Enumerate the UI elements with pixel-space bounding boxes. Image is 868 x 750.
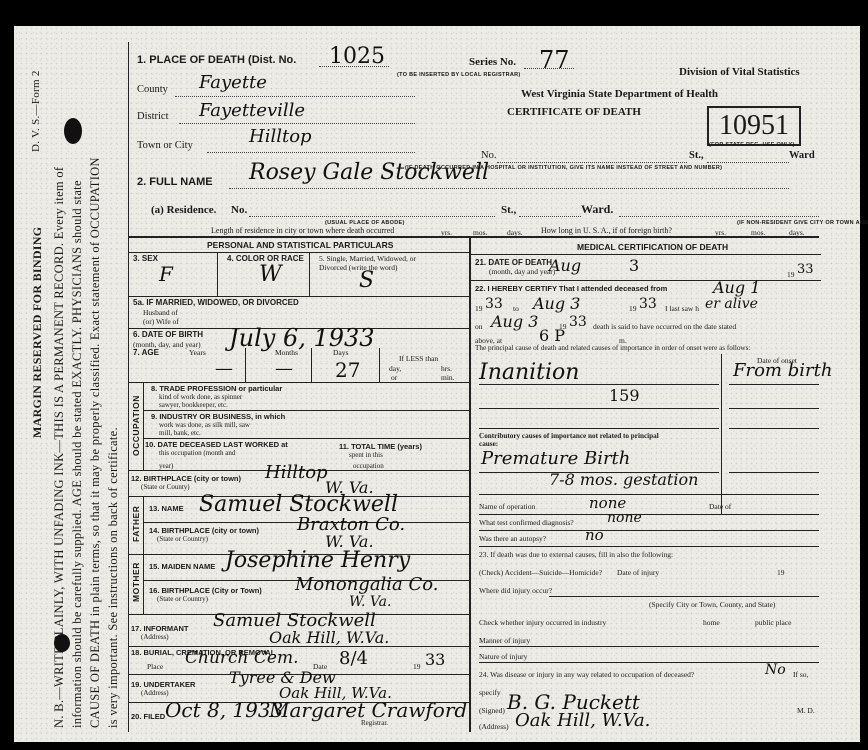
- cause-intro: The principal cause of death and related…: [475, 344, 750, 352]
- filed-date: Oct 8, 1933: [165, 698, 283, 722]
- industry-check-label: Check whether injury occurred in industr…: [479, 618, 606, 627]
- form-id: D. V. S.—Form 2: [30, 70, 42, 152]
- division-title: Division of Vital Statistics: [679, 66, 800, 78]
- total-time-sub1: spent in this: [349, 451, 383, 459]
- physician-address: Oak Hill, W.Va.: [515, 710, 650, 731]
- contributory-cause-2: 7-8 mos. gestation: [549, 470, 698, 489]
- mother-name-label: 15. MAIDEN NAME: [149, 562, 215, 571]
- district-value: Fayetteville: [199, 100, 305, 121]
- total-time-label: 11. TOTAL TIME (years): [339, 442, 422, 451]
- race-value: W: [259, 262, 282, 287]
- mother-birthplace-label: 16. BIRTHPLACE (City or Town): [149, 586, 262, 595]
- mother-name-value: Josephine Henry: [225, 548, 410, 573]
- last-saw-value: er alive: [705, 296, 758, 312]
- total-time-sub2: occupation: [353, 462, 384, 470]
- county-label: County: [137, 84, 168, 95]
- residence-ward-label: Ward.: [581, 202, 613, 217]
- specify-location-note: (Specify City or Town, County, and State…: [649, 600, 775, 609]
- trade-sub2: sawyer, bookkeeper, etc.: [159, 401, 228, 409]
- ink-blot: [64, 118, 82, 144]
- principal-cause-onset: From birth: [733, 360, 832, 381]
- dod-sub: (month, day and year): [489, 267, 555, 276]
- husband-of-label: Husband of: [143, 308, 178, 317]
- town-value: Hilltop: [249, 126, 312, 147]
- birthplace-city: Hilltop: [265, 462, 328, 483]
- injury-where-label: Where did injury occur?: [479, 586, 552, 595]
- father-side-label: FATHER: [131, 506, 141, 542]
- cause-code: 159: [609, 386, 640, 405]
- injury-date-label: Date of injury: [617, 568, 659, 577]
- margin-reserved-text: MARGIN RESERVED FOR BINDING: [30, 227, 45, 438]
- occupation-side-label: OCCUPATION: [131, 395, 141, 456]
- father-name-label: 13. NAME: [149, 504, 184, 513]
- or-label: or: [391, 373, 397, 382]
- death-said-text: death is said to have occurred on the da…: [593, 322, 736, 331]
- public-place-label: public place: [755, 618, 791, 627]
- margin-instructions: MARGIN RESERVED FOR BINDING N. B.—WRITE …: [20, 40, 125, 730]
- physician-address-label: (Address): [479, 722, 509, 731]
- age-months-value: —: [275, 358, 293, 379]
- spouse-label: 5a. IF MARRIED, WIDOWED, OR DIVORCED: [133, 298, 299, 307]
- injury-year-label: 19: [777, 568, 785, 577]
- age-days-value: 27: [335, 358, 360, 382]
- dob-label: 6. DATE OF BIRTH: [133, 330, 203, 339]
- marital-value: S: [359, 268, 374, 293]
- state-certificate-number: 10951: [707, 106, 801, 146]
- last-saw-year: 33: [569, 314, 587, 330]
- filed-label: 20. FILED: [131, 712, 165, 721]
- father-birthplace-label: 14. BIRTHPLACE (city or town): [149, 526, 259, 535]
- county-value: Fayette: [199, 72, 267, 93]
- autopsy-value: no: [585, 526, 604, 544]
- min-label: min.: [441, 373, 455, 382]
- dod-year: 33: [797, 262, 814, 277]
- sex-label: 3. SEX: [133, 254, 158, 263]
- registrar-label: Registrar.: [361, 719, 388, 727]
- manner-label: Manner of injury: [479, 636, 530, 645]
- burial-year: 33: [425, 650, 445, 669]
- contributory-label: Contributory causes of importance not re…: [479, 432, 669, 448]
- dod-year-prefix: 19: [787, 270, 795, 279]
- informant-sub: (Address): [141, 633, 169, 641]
- burial-place: Church Cem.: [185, 648, 299, 668]
- dob-value: July 6, 1933: [229, 324, 375, 352]
- undertaker-label: 19. UNDERTAKER: [131, 680, 195, 689]
- district-label: District: [137, 111, 169, 122]
- last-worked-sub1: this occupation (month and: [159, 449, 235, 457]
- ward-label: Ward: [789, 150, 815, 161]
- occupation-related-value: No: [765, 662, 786, 678]
- mother-side-label: MOTHER: [131, 562, 141, 602]
- father-birthplace-sub: (State or Country): [157, 535, 208, 543]
- town-label: Town or City: [137, 140, 193, 151]
- margin-line-3: CAUSE OF DEATH in plain terms, so that i…: [88, 157, 103, 728]
- burial-place-label: Place: [147, 662, 163, 671]
- time-of-death: 6 P: [539, 326, 565, 345]
- if-so-label: If so,: [793, 670, 808, 679]
- dod-month: Aug: [549, 256, 581, 275]
- attended-from: Aug 1: [713, 278, 760, 297]
- last-saw-date: Aug 3: [491, 312, 538, 331]
- years-label: Years: [189, 348, 206, 357]
- days-label: Days: [333, 348, 348, 357]
- age-years-value: —: [215, 358, 233, 379]
- wife-of-label: (or) Wife of: [143, 317, 179, 326]
- birthplace-sub: (State or County): [141, 483, 190, 491]
- attended-to-year: 33: [639, 296, 657, 312]
- personal-heading: PERSONAL AND STATISTICAL PARTICULARS: [207, 240, 393, 250]
- street-label: St.,: [689, 150, 704, 161]
- industry-sub1: work was done, as silk mill, saw: [159, 421, 250, 429]
- on-label: on: [475, 322, 483, 331]
- informant-address: Oak Hill, W.Va.: [269, 628, 389, 647]
- last-worked-sub2: year): [159, 462, 173, 470]
- attended-to: Aug 3: [533, 294, 580, 313]
- residence-no-label: No.: [231, 204, 247, 216]
- operation-label: Name of operation: [479, 502, 535, 511]
- full-name-label: 2. FULL NAME: [137, 176, 213, 188]
- test-value: none: [607, 510, 642, 526]
- operation-date-label: Date of: [709, 502, 731, 511]
- medical-heading: MEDICAL CERTIFICATION OF DEATH: [577, 242, 728, 252]
- certificate-title: CERTIFICATE OF DEATH: [507, 106, 641, 118]
- certificate-form: 1. PLACE OF DEATH (Dist. No. 1025 (TO BE…: [128, 42, 833, 732]
- usa-residence-label: How long in U. S. A., if of foreign birt…: [541, 226, 672, 235]
- district-number: 1025: [329, 44, 385, 69]
- full-name-value: Rosey Gale Stockwell: [249, 160, 489, 185]
- ink-blot: [54, 634, 70, 652]
- last-saw-label: I last saw h: [665, 304, 699, 313]
- specify-label: specify: [479, 688, 501, 697]
- months-label: Months: [275, 348, 298, 357]
- marital-label: 5. Single, Married, Widowed, or Divorced…: [319, 254, 439, 272]
- less-than-label: If LESS than: [399, 354, 438, 363]
- occupation-related-label: 24. Was disease or injury in any way rel…: [479, 670, 694, 679]
- signed-label: (Signed): [479, 706, 505, 715]
- principal-cause: Inanition: [479, 360, 579, 385]
- burial-year-prefix: 19: [413, 662, 421, 671]
- to-year-prefix: 19: [629, 304, 637, 313]
- birthplace-label: 12. BIRTHPLACE (city or town): [131, 474, 241, 483]
- mother-birthplace-state: W. Va.: [349, 594, 391, 610]
- contributory-cause-1: Premature Birth: [481, 448, 630, 469]
- place-of-death-label: 1. PLACE OF DEATH (Dist. No.: [137, 54, 296, 66]
- informant-label: 17. INFORMANT: [131, 624, 189, 633]
- nonresident-note: (IF NON-RESIDENT GIVE CITY OR TOWN AND S…: [737, 220, 868, 226]
- certify-label: 22. I HEREBY CERTIFY That I attended dec…: [475, 284, 667, 293]
- series-number: 77: [539, 46, 570, 74]
- margin-line-2: information should be carefully supplied…: [70, 180, 85, 728]
- undertaker-sub: (Address): [141, 689, 169, 697]
- state-use-note: (FOR STATE REG. USE ONLY): [709, 142, 795, 148]
- from-year-prefix: 19: [475, 304, 483, 313]
- attended-from-year: 33: [485, 296, 503, 312]
- industry-sub2: mill, bank, etc.: [159, 429, 201, 437]
- md-label: M. D.: [797, 706, 815, 715]
- trade-sub1: kind of work done, as spinner: [159, 393, 242, 401]
- residence-label: (a) Residence.: [151, 204, 216, 216]
- trade-label: 8. TRADE PROFESSION or particular: [151, 384, 282, 393]
- mother-birthplace-city: Monongalia Co.: [295, 574, 439, 595]
- department-title: West Virginia State Department of Health: [521, 88, 718, 100]
- sex-value: F: [159, 262, 173, 286]
- day-label: day,: [389, 364, 401, 373]
- accident-label: (Check) Accident—Suicide—Homicide?: [479, 568, 602, 577]
- length-of-residence-label: Length of residence in city or town wher…: [211, 226, 394, 235]
- nature-label: Nature of injury: [479, 652, 527, 661]
- hrs-label: hrs.: [441, 364, 452, 373]
- residence-st-label: St.,: [501, 204, 516, 216]
- margin-line-4: is very important. See instructions on b…: [106, 427, 121, 728]
- test-label: What test confirmed diagnosis?: [479, 518, 574, 527]
- autopsy-label: Was there an autopsy?: [479, 534, 546, 543]
- registrar-note: (TO BE INSERTED BY LOCAL REGISTRAR): [397, 72, 521, 78]
- industry-label: 9. INDUSTRY OR BUSINESS, in which: [151, 412, 285, 421]
- home-label: home: [703, 618, 720, 627]
- dod-label: 21. DATE OF DEATH: [475, 258, 552, 267]
- burial-date: 8/4: [339, 648, 368, 669]
- last-worked-label: 10. DATE DECEASED LAST WORKED at: [145, 440, 288, 449]
- mother-birthplace-sub: (State or Country): [157, 595, 208, 603]
- external-causes-label: 23. If death was due to external causes,…: [479, 550, 673, 559]
- dod-day: 3: [629, 256, 639, 275]
- series-label: Series No.: [469, 56, 516, 68]
- age-label: 7. AGE: [133, 348, 159, 357]
